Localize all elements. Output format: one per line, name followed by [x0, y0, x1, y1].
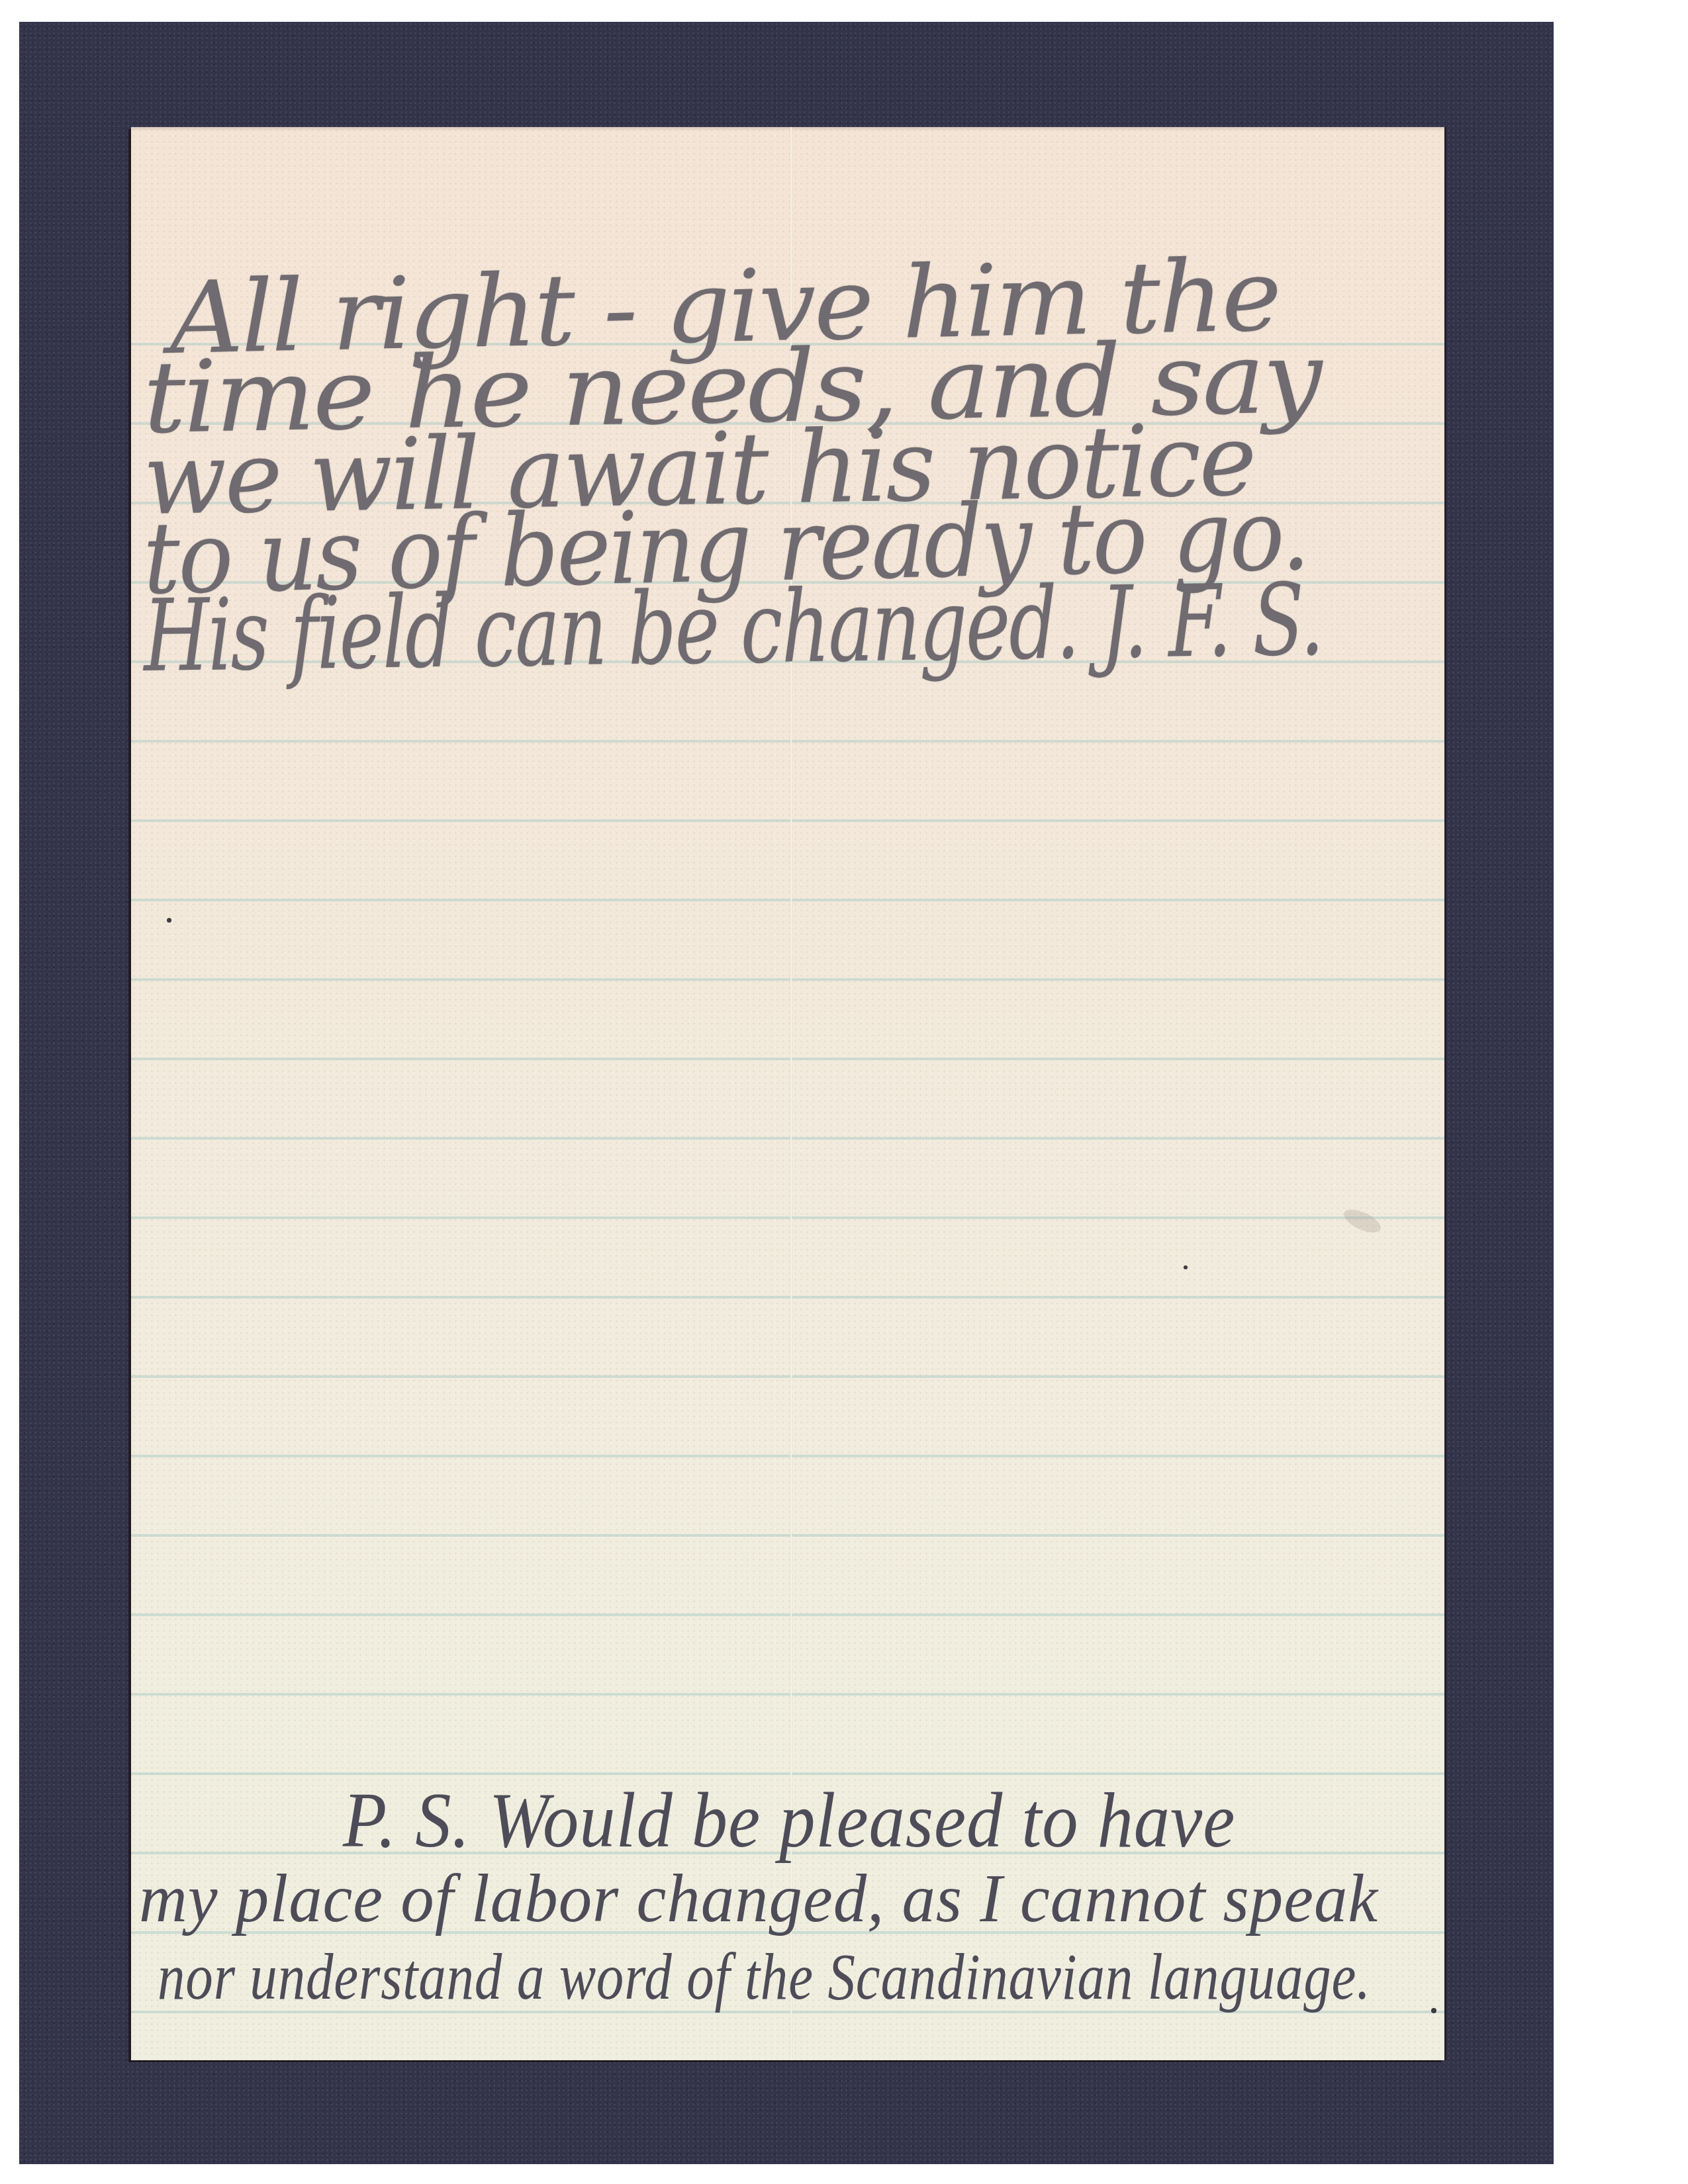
letter-page: All right - give him the time he needs, …	[131, 127, 1444, 2060]
paper-top-edge	[131, 127, 1444, 131]
ruled-line	[131, 978, 1444, 981]
pencil-note-line-5: His field can be changed. J. F. S.	[143, 570, 1323, 686]
ruled-line	[131, 740, 1444, 743]
ink-dot-period	[1431, 2008, 1436, 2013]
ruled-line	[131, 1137, 1444, 1140]
ruled-line	[131, 1693, 1444, 1696]
ruled-line	[131, 1772, 1444, 1775]
ruled-line	[131, 1455, 1444, 1457]
ruled-line	[131, 1216, 1444, 1219]
postscript-line-2: my place of labor changed, as I cannot s…	[139, 1864, 1378, 1933]
ruled-line	[131, 819, 1444, 822]
postscript-line-3: nor understand a word of the Scandinavia…	[158, 1944, 1371, 2010]
ruled-line	[131, 1614, 1444, 1616]
paper-speck	[1184, 1265, 1188, 1269]
paper-smudge	[1340, 1205, 1383, 1238]
ruled-line	[131, 1375, 1444, 1378]
paper-speck	[167, 918, 171, 923]
ruled-line	[131, 899, 1444, 901]
ruled-line	[131, 1296, 1444, 1298]
ruled-line	[131, 1534, 1444, 1537]
postscript-line-1: P. S. Would be pleased to have	[343, 1782, 1235, 1860]
ruled-line	[131, 1058, 1444, 1060]
